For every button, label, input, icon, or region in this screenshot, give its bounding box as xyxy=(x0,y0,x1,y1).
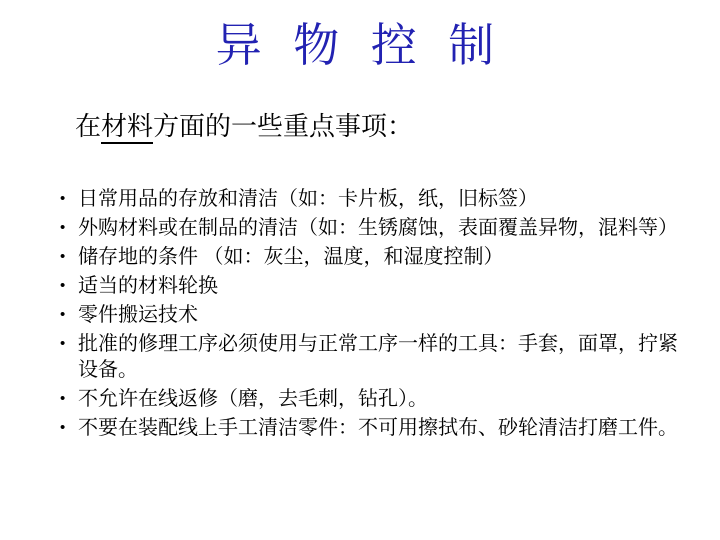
bullet-text: 批准的修理工序必须使用与正常工序一样的工具：手套，面罩，拧紧设备。 xyxy=(78,331,688,383)
bullet-icon: • xyxy=(58,331,78,357)
list-item: • 批准的修理工序必须使用与正常工序一样的工具：手套，面罩，拧紧设备。 xyxy=(58,331,690,383)
slide-subtitle: 在材料方面的一些重点事项： xyxy=(75,110,720,144)
list-item: • 日常用品的存放和清洁（如：卡片板，纸，旧标签） xyxy=(58,186,690,212)
list-item: • 适当的材料轮换 xyxy=(58,273,690,299)
bullet-icon: • xyxy=(58,273,78,299)
bullet-icon: • xyxy=(58,215,78,241)
bullet-text: 不允许在线返修（磨，去毛刺，钻孔）。 xyxy=(78,386,688,412)
bullet-text: 零件搬运技术 xyxy=(78,302,688,328)
list-item: • 不允许在线返修（磨，去毛刺，钻孔）。 xyxy=(58,386,690,412)
list-item: • 外购材料或在制品的清洁（如：生锈腐蚀，表面覆盖异物，混料等） xyxy=(58,215,690,241)
bullet-text: 储存地的条件 （如：灰尘，温度，和湿度控制） xyxy=(78,244,688,270)
bullet-icon: • xyxy=(58,244,78,270)
bullet-icon: • xyxy=(58,386,78,412)
bullet-text: 日常用品的存放和清洁（如：卡片板，纸，旧标签） xyxy=(78,186,688,212)
bullet-text: 适当的材料轮换 xyxy=(78,273,688,299)
subtitle-suffix: 方面的一些重点事项： xyxy=(153,112,413,141)
slide: 异 物 控 制 在材料方面的一些重点事项： • 日常用品的存放和清洁（如：卡片板… xyxy=(0,0,720,540)
slide-title: 异 物 控 制 xyxy=(0,0,720,74)
list-item: • 储存地的条件 （如：灰尘，温度，和湿度控制） xyxy=(58,244,690,270)
bullet-text: 外购材料或在制品的清洁（如：生锈腐蚀，表面覆盖异物，混料等） xyxy=(78,215,688,241)
bullet-icon: • xyxy=(58,186,78,212)
list-item: • 不要在装配线上手工清洁零件：不可用擦拭布、砂轮清洁打磨工件。 xyxy=(58,415,690,441)
bullet-list: • 日常用品的存放和清洁（如：卡片板，纸，旧标签） • 外购材料或在制品的清洁（… xyxy=(58,186,690,441)
bullet-icon: • xyxy=(58,302,78,328)
bullet-icon: • xyxy=(58,415,78,441)
subtitle-underlined-term: 材料 xyxy=(101,112,153,144)
list-item: • 零件搬运技术 xyxy=(58,302,690,328)
subtitle-prefix: 在 xyxy=(75,112,101,141)
bullet-text: 不要在装配线上手工清洁零件：不可用擦拭布、砂轮清洁打磨工件。 xyxy=(78,415,688,441)
